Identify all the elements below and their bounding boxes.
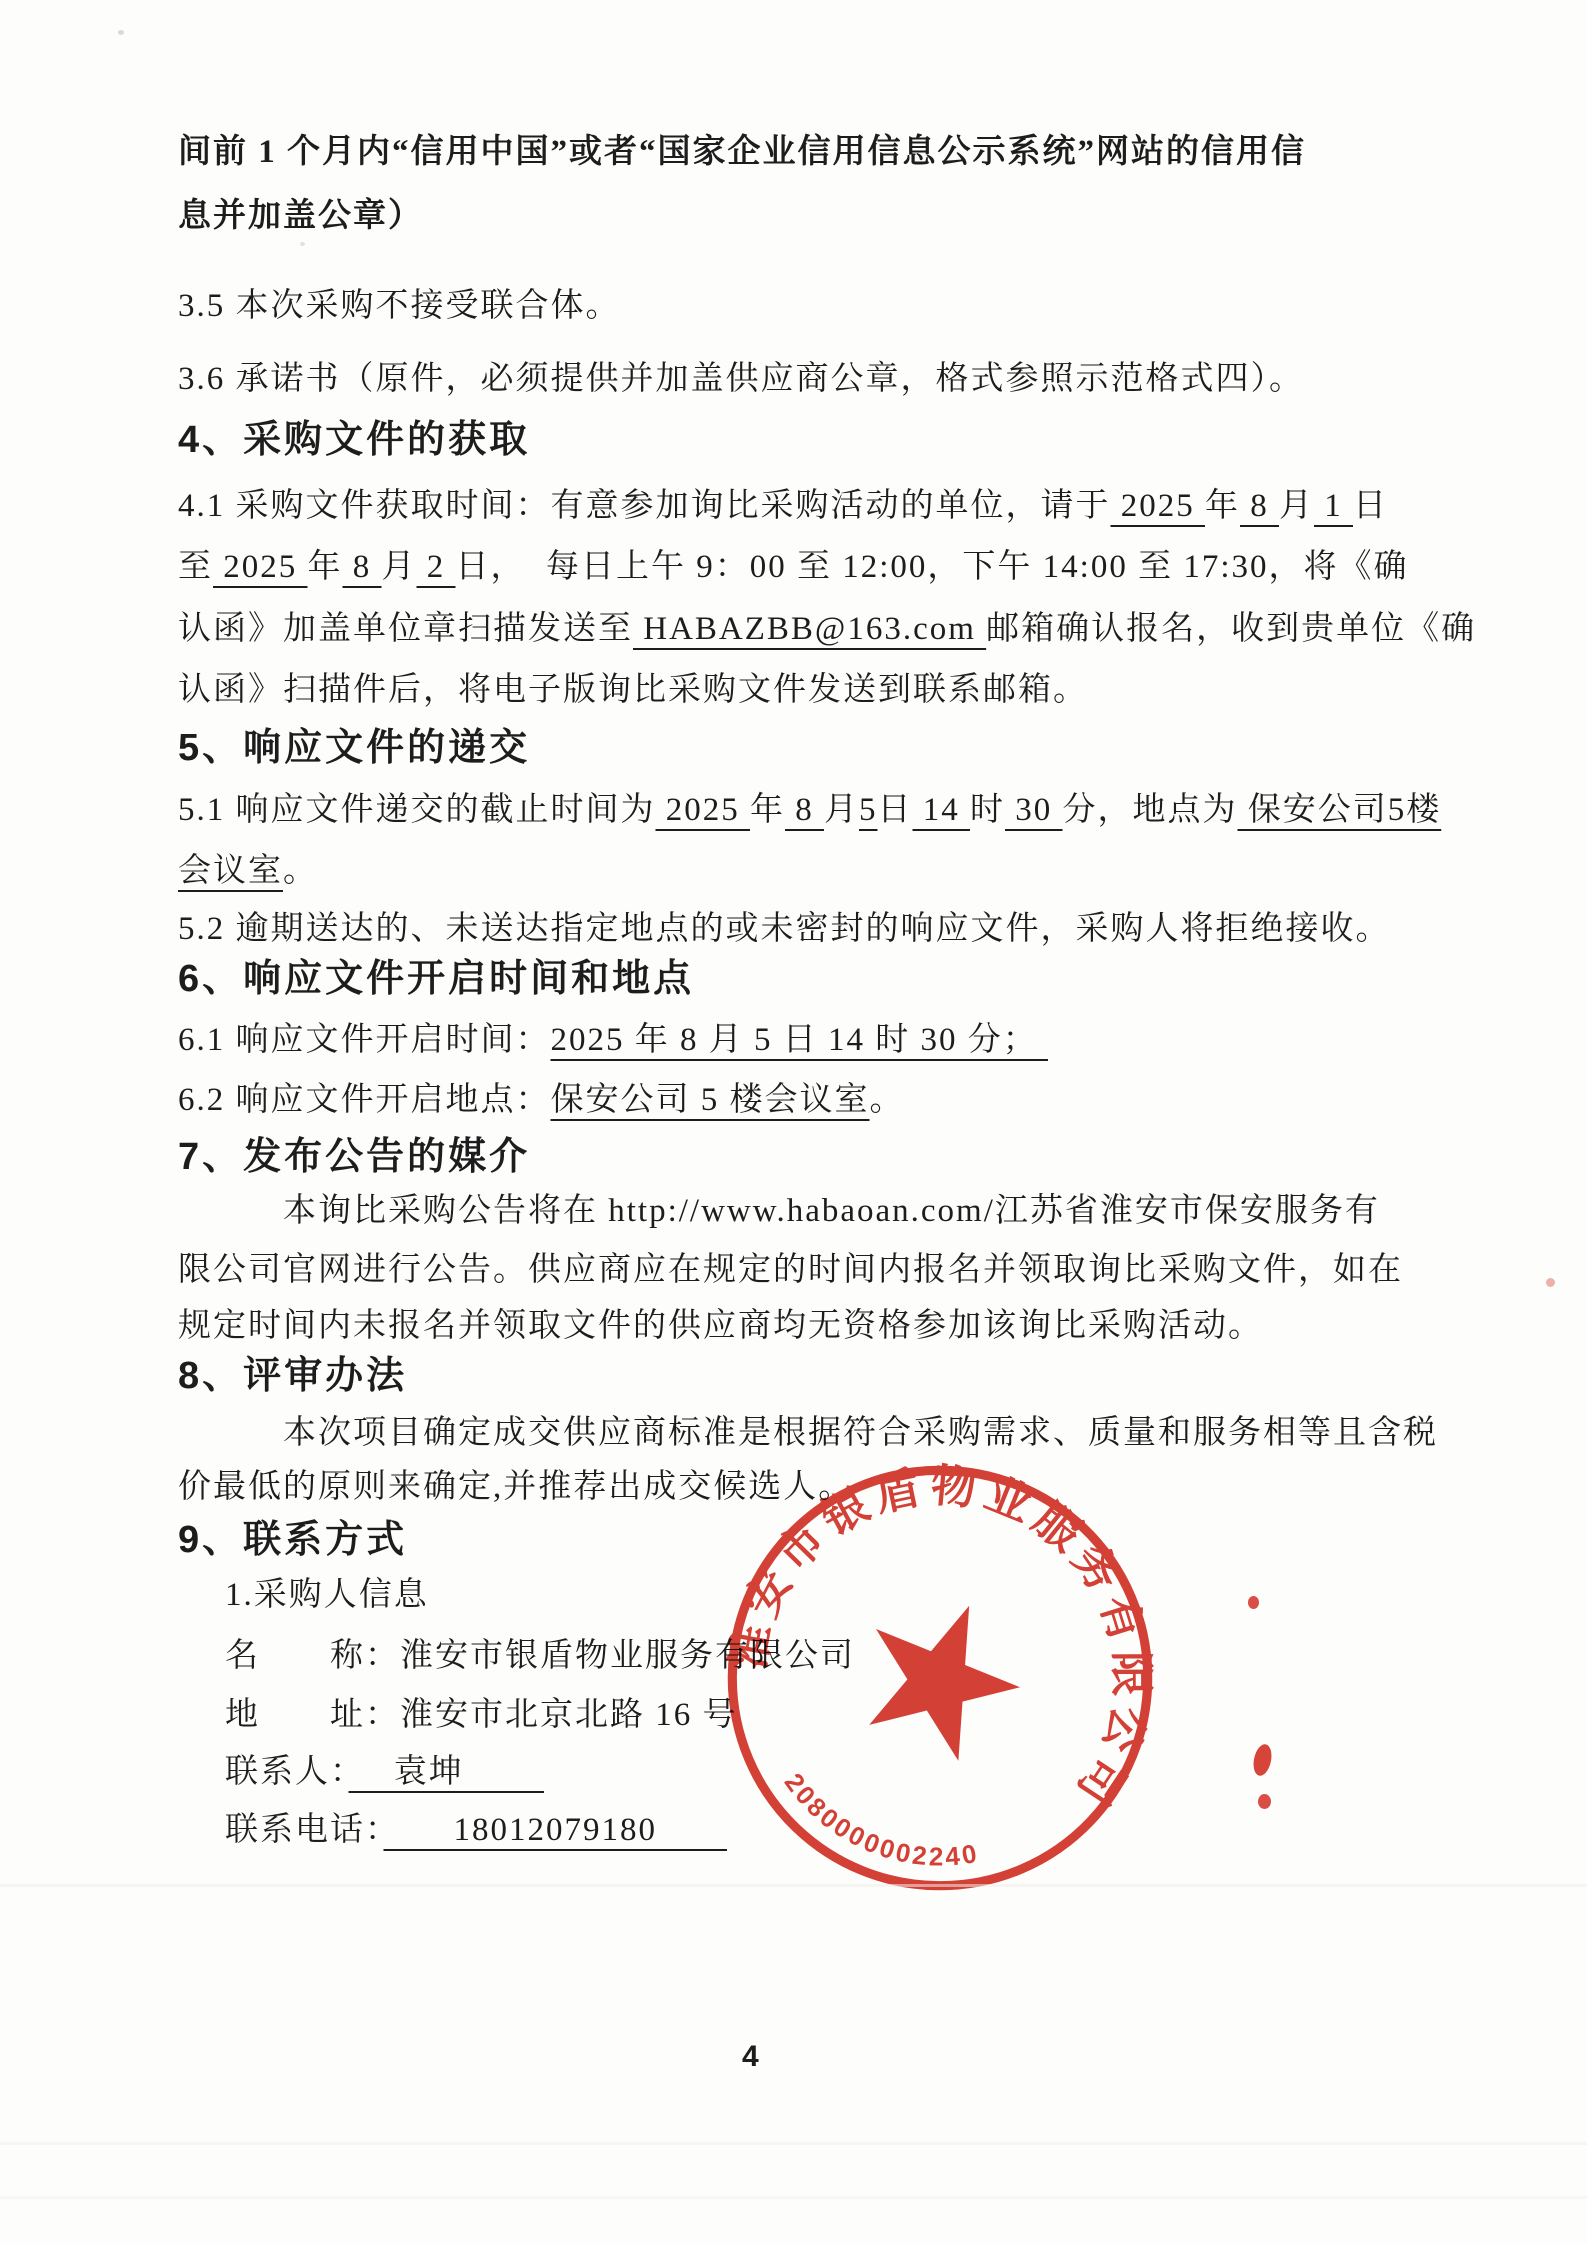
text-run: 时 bbox=[970, 792, 1005, 828]
underlined-fill-in: 18012079180 bbox=[384, 1812, 728, 1848]
contact-address: 地 址：淮安市北京北路 16 号 bbox=[225, 1696, 738, 1736]
text-run: 规定时间内未报名并领取文件的供应商均无资格参加该询比采购活动。 bbox=[178, 1308, 1263, 1344]
text-run: 认函》加盖单位章扫描发送至 bbox=[178, 611, 633, 647]
clause-4-1-line4: 认函》扫描件后，将电子版询比采购文件发送到联系邮箱。 bbox=[178, 671, 1088, 711]
text-run: 6.2 响应文件开启地点： bbox=[178, 1082, 551, 1118]
text-run: 息并加盖公章） bbox=[178, 198, 423, 234]
text-run: 年 bbox=[1205, 488, 1240, 524]
underlined-fill-in: 保安公司 5 楼会议室 bbox=[551, 1082, 870, 1118]
text-run: 分，地点为 bbox=[1063, 792, 1238, 828]
text-run: 4.1 采购文件获取时间：有意参加询比采购活动的单位，请于 bbox=[178, 488, 1111, 524]
clause-5-1-line2: 会议室。 bbox=[178, 852, 318, 892]
text-run: 日， 每日上午 9：00 至 12:00，下午 14:00 至 17:30，将《… bbox=[456, 549, 1409, 585]
text-run: 月 bbox=[824, 792, 859, 828]
text-run: 日 bbox=[1353, 488, 1388, 524]
underlined-fill-in: 5 bbox=[859, 792, 878, 828]
ink-blot bbox=[1251, 1743, 1274, 1778]
text-run: 年 bbox=[750, 792, 785, 828]
text-run: 月 bbox=[382, 549, 417, 585]
text-run: 邮箱确认报名，收到贵单位《确 bbox=[986, 611, 1476, 647]
ink-blot bbox=[1248, 1596, 1259, 1609]
ink-blot bbox=[1258, 1794, 1271, 1809]
underlined-fill-in: 8 bbox=[343, 549, 382, 585]
text-run: 1.采购人信息 bbox=[225, 1577, 429, 1613]
scan-artifact bbox=[0, 1884, 1587, 1887]
text-run: 3.6 承诺书（原件，必须提供并加盖供应商公章，格式参照示范格式四）。 bbox=[178, 361, 1304, 397]
heading-7: 7、发布公告的媒介 bbox=[178, 1135, 530, 1181]
text-run: 8、评审办法 bbox=[178, 1355, 407, 1397]
text-run: 联系人： bbox=[225, 1754, 349, 1790]
underlined-fill-in: HABAZBB@163.com bbox=[633, 611, 986, 647]
text-run: 限公司官网进行公告。供应商应在规定的时间内报名并领取询比采购文件，如在 bbox=[178, 1252, 1403, 1288]
seal-company-text: 淮安市银盾物业服务有限公司 bbox=[712, 1428, 1190, 1824]
para-credit-line2: 息并加盖公章） bbox=[178, 197, 423, 237]
clause-4-1-line2: 至 2025 年 8 月 2 日， 每日上午 9：00 至 12:00，下午 1… bbox=[178, 548, 1409, 588]
text-run: 7、发布公告的媒介 bbox=[178, 1136, 530, 1178]
heading-8: 8、评审办法 bbox=[178, 1354, 407, 1400]
heading-9: 9、联系方式 bbox=[178, 1518, 407, 1564]
underlined-fill-in: 14 bbox=[913, 792, 971, 828]
text-run: 认函》扫描件后，将电子版询比采购文件发送到联系邮箱。 bbox=[178, 672, 1088, 708]
text-run: 5.2 逾期送达的、未送达指定地点的或未密封的响应文件，采购人将拒绝接收。 bbox=[178, 911, 1391, 947]
underlined-fill-in: 2025 年 8 月 5 日 14 时 30 分； bbox=[551, 1022, 1049, 1058]
clause-6-2: 6.2 响应文件开启地点：保安公司 5 楼会议室。 bbox=[178, 1081, 905, 1121]
clause-3-6: 3.6 承诺书（原件，必须提供并加盖供应商公章，格式参照示范格式四）。 bbox=[178, 360, 1304, 400]
text-run: 本询比采购公告将在 http://www.habaoan.com/江苏省淮安市保… bbox=[283, 1193, 1380, 1229]
text-run: 9、联系方式 bbox=[178, 1519, 407, 1561]
underlined-fill-in: 8 bbox=[1240, 488, 1279, 524]
contact-phone: 联系电话： 18012079180 bbox=[225, 1811, 727, 1851]
clause-3-5: 3.5 本次采购不接受联合体。 bbox=[178, 287, 621, 327]
scan-artifact bbox=[0, 2142, 1587, 2145]
scanned-document-page: 间前 1 个月内“信用中国”或者“国家企业信用信息公示系统”网站的信用信息并加盖… bbox=[0, 0, 1587, 2245]
text-run: 联系电话： bbox=[225, 1812, 384, 1848]
underlined-fill-in: 袁坤 bbox=[349, 1754, 545, 1790]
underlined-fill-in: 2025 bbox=[213, 549, 308, 585]
clause-5-1-line1: 5.1 响应文件递交的截止时间为 2025 年 8 月5日 14 时 30 分，… bbox=[178, 791, 1441, 831]
text-run: 月 bbox=[1279, 488, 1314, 524]
clause-6-1: 6.1 响应文件开启时间：2025 年 8 月 5 日 14 时 30 分； bbox=[178, 1021, 1048, 1061]
contact-person: 联系人： 袁坤 bbox=[225, 1753, 544, 1793]
text-run: 。 bbox=[283, 853, 318, 889]
clause-4-1-line1: 4.1 采购文件获取时间：有意参加询比采购活动的单位，请于 2025 年 8 月… bbox=[178, 487, 1388, 527]
seal-star-icon bbox=[842, 1577, 1041, 1772]
heading-6: 6、响应文件开启时间和地点 bbox=[178, 957, 694, 1003]
text-run: 至 bbox=[178, 549, 213, 585]
ink-blot bbox=[1546, 1278, 1555, 1287]
underlined-fill-in: 2 bbox=[417, 549, 456, 585]
para-7-line2: 限公司官网进行公告。供应商应在规定的时间内报名并领取询比采购文件，如在 bbox=[178, 1251, 1403, 1291]
underlined-fill-in: 2025 bbox=[1111, 488, 1206, 524]
underlined-fill-in: 8 bbox=[785, 792, 824, 828]
heading-5: 5、响应文件的递交 bbox=[178, 726, 530, 772]
text-run: 年 bbox=[308, 549, 343, 585]
text-run: 6.1 响应文件开启时间： bbox=[178, 1022, 551, 1058]
text-run: 。 bbox=[870, 1082, 905, 1118]
scan-speck bbox=[118, 30, 124, 35]
text-run: 5、响应文件的递交 bbox=[178, 727, 530, 769]
text-run: 日 bbox=[878, 792, 913, 828]
page-number: 4 bbox=[742, 2040, 759, 2074]
text-run: 6、响应文件开启时间和地点 bbox=[178, 958, 694, 1000]
scan-artifact bbox=[0, 2196, 1587, 2199]
underlined-fill-in: 30 bbox=[1005, 792, 1063, 828]
text-run: 5.1 响应文件递交的截止时间为 bbox=[178, 792, 656, 828]
text-run: 地 址：淮安市北京北路 16 号 bbox=[225, 1697, 738, 1733]
para-7-line3: 规定时间内未报名并领取文件的供应商均无资格参加该询比采购活动。 bbox=[178, 1307, 1263, 1347]
company-seal-stamp: 淮安市银盾物业服务有限公司 320800000022405 bbox=[690, 1428, 1190, 1928]
underlined-fill-in: 会议室 bbox=[178, 853, 283, 889]
scan-speck bbox=[300, 242, 305, 246]
clause-4-1-line3: 认函》加盖单位章扫描发送至 HABAZBB@163.com 邮箱确认报名，收到贵… bbox=[178, 610, 1476, 650]
underlined-fill-in: 2025 bbox=[656, 792, 751, 828]
underlined-fill-in: 保安公司5楼 bbox=[1238, 792, 1442, 828]
heading-4: 4、采购文件的获取 bbox=[178, 418, 530, 464]
text-run: 间前 1 个月内“信用中国”或者“国家企业信用信息公示系统”网站的信用信 bbox=[178, 134, 1306, 170]
clause-5-2: 5.2 逾期送达的、未送达指定地点的或未密封的响应文件，采购人将拒绝接收。 bbox=[178, 910, 1391, 950]
text-run: 4、采购文件的获取 bbox=[178, 419, 530, 461]
underlined-fill-in: 1 bbox=[1314, 488, 1353, 524]
text-run: 3.5 本次采购不接受联合体。 bbox=[178, 288, 621, 324]
contact-title: 1.采购人信息 bbox=[225, 1576, 429, 1616]
para-7-line1: 本询比采购公告将在 http://www.habaoan.com/江苏省淮安市保… bbox=[283, 1192, 1380, 1232]
para-credit-line1: 间前 1 个月内“信用中国”或者“国家企业信用信息公示系统”网站的信用信 bbox=[178, 133, 1306, 173]
